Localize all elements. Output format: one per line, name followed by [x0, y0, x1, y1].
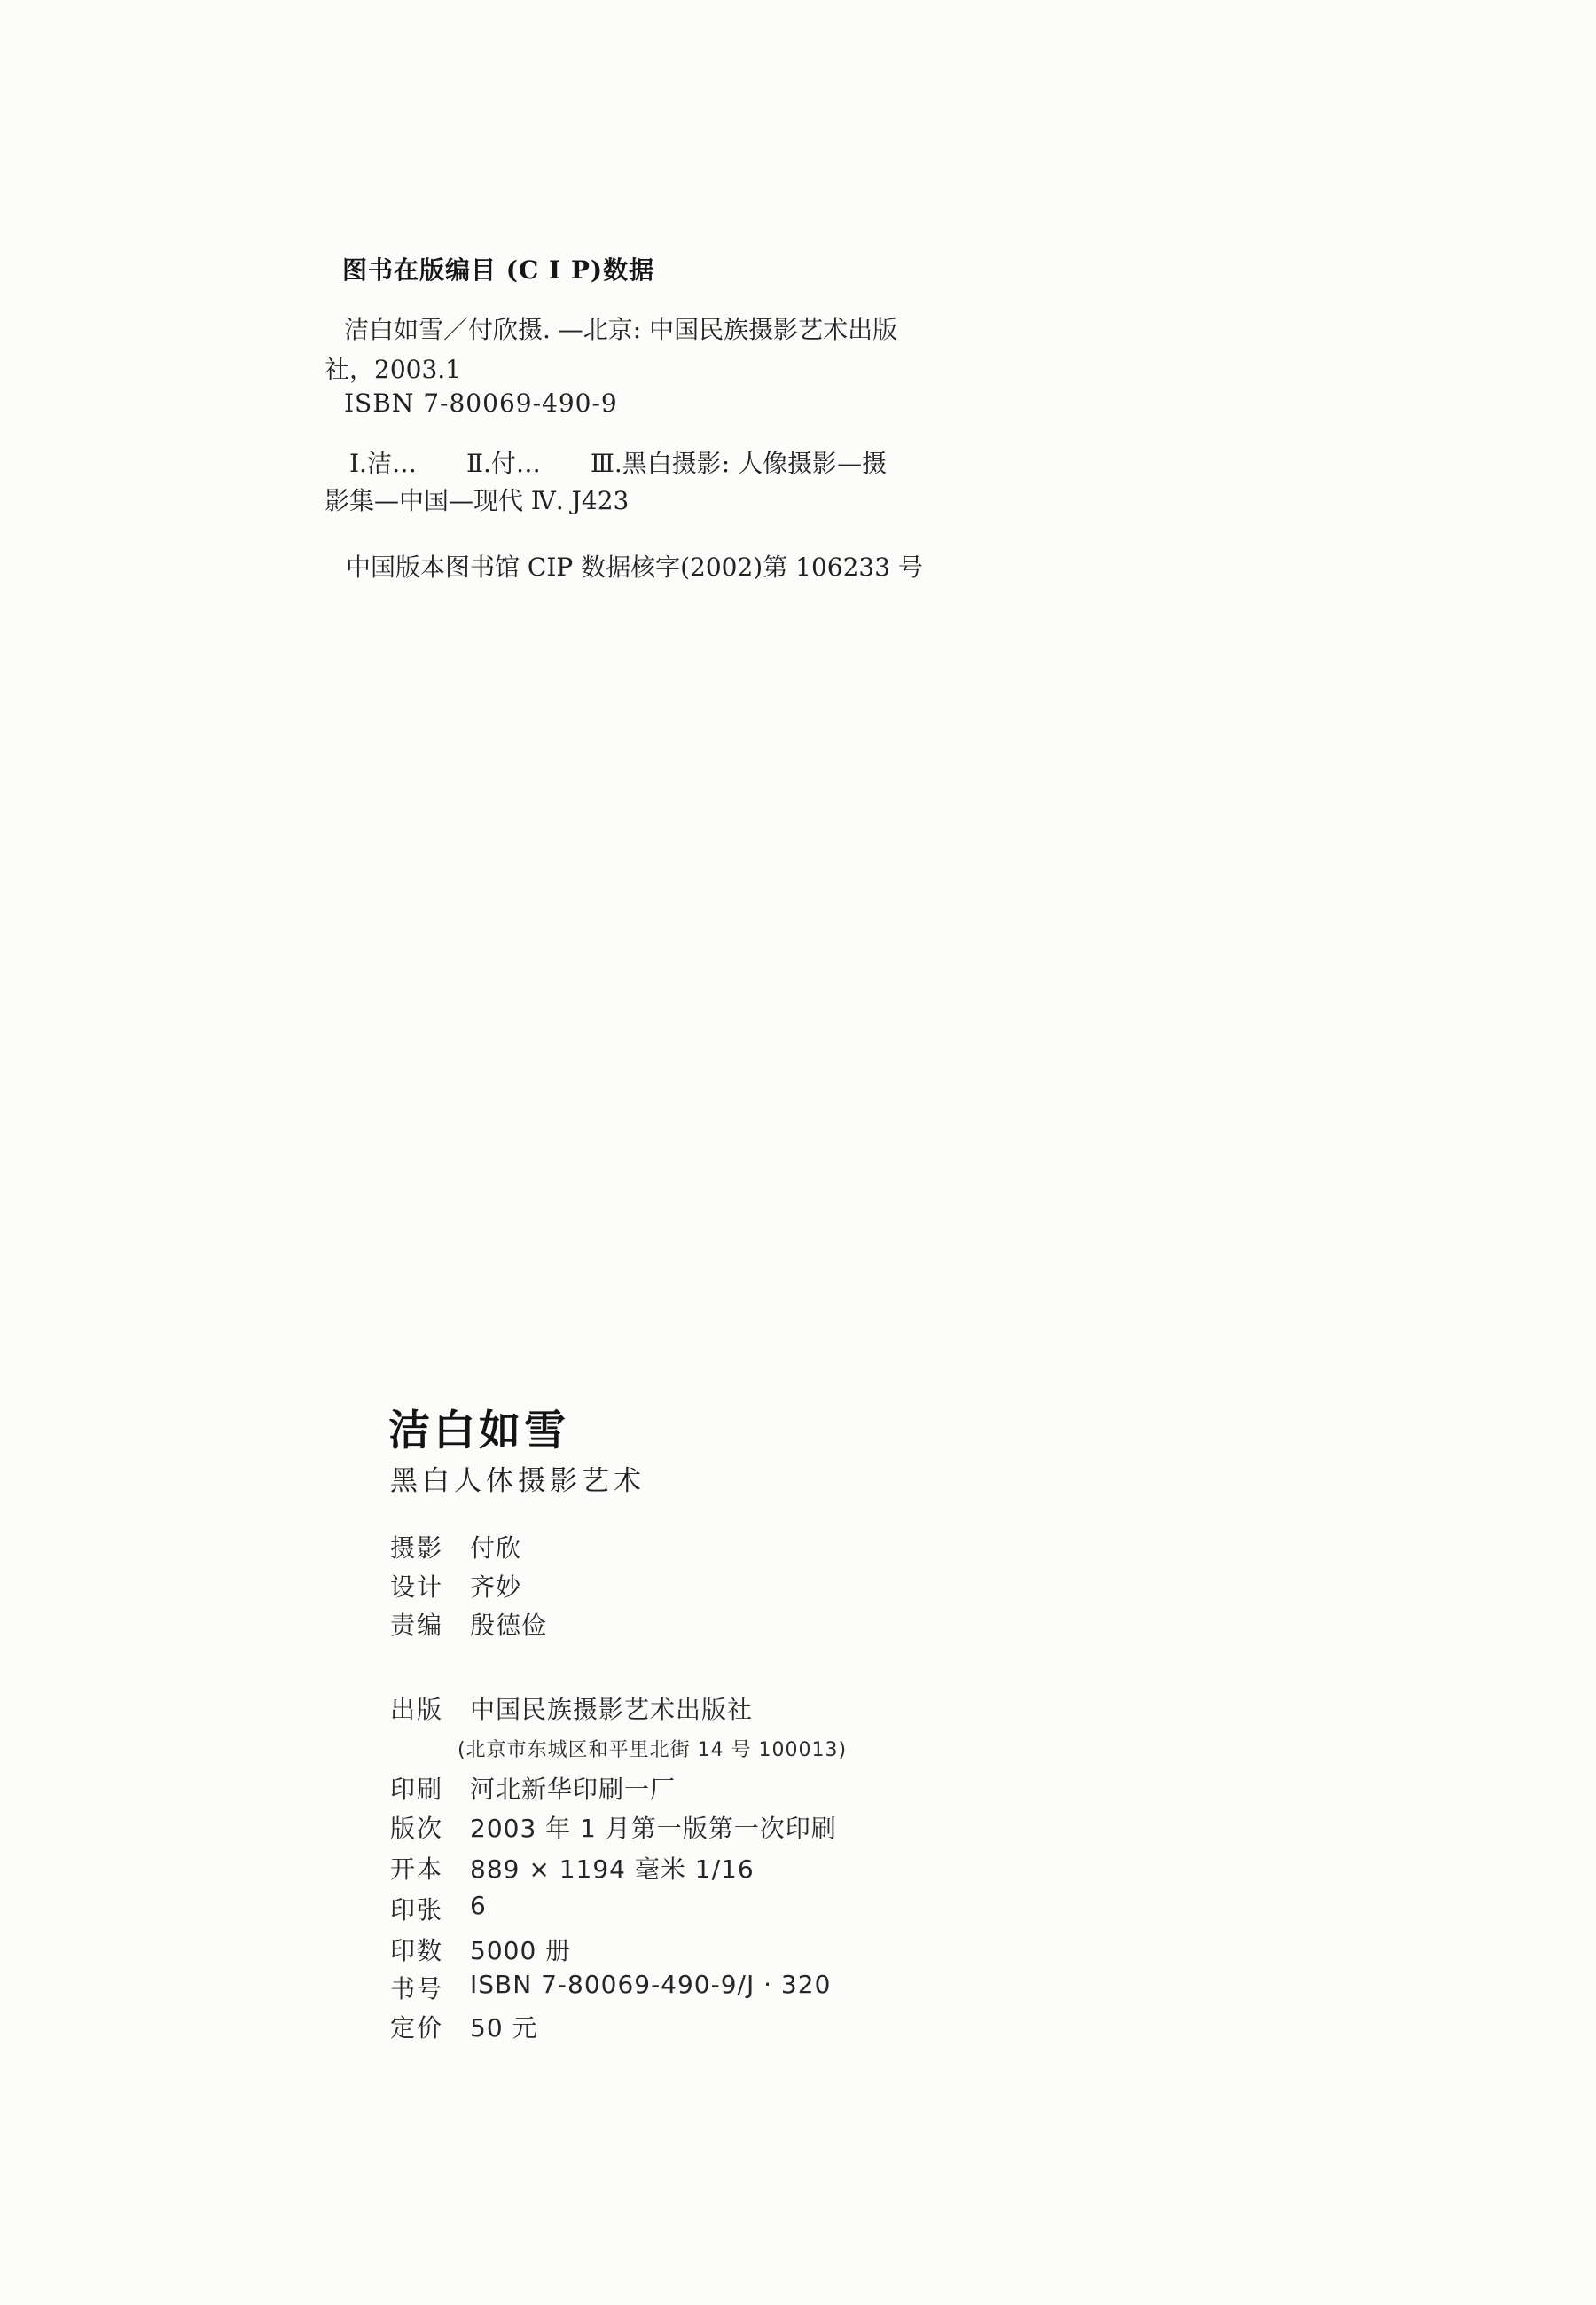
- publication-row-publisher: 出版 中国民族摄影艺术出版社: [390, 1690, 753, 1726]
- colophon-page: 图书在版编目 (C I P)数据 洁白如雪／付欣摄. —北京: 中国民族摄影艺术…: [0, 0, 1596, 2305]
- publication-row-edition: 版次 2003 年 1 月第一版第一次印刷: [390, 1809, 837, 1845]
- publication-label: 版次: [390, 1809, 470, 1845]
- cip-registry-number: 中国版本图书馆 CIP 数据核字(2002)第 106233 号: [346, 548, 923, 584]
- publication-value: 5000 册: [470, 1932, 571, 1967]
- publication-value: 河北新华印刷一厂: [470, 1770, 676, 1806]
- publication-label: 印张: [390, 1891, 470, 1926]
- publication-label: 印刷: [390, 1770, 470, 1806]
- publication-value: 889 × 1194 毫米 1/16: [470, 1850, 755, 1886]
- publisher-address-note: (北京市东城区和平里北街 14 号 100013): [458, 1735, 847, 1762]
- publication-row-format: 开本 889 × 1194 毫米 1/16: [390, 1850, 755, 1886]
- book-title: 洁白如雪: [388, 1398, 569, 1457]
- publication-value: 中国民族摄影艺术出版社: [470, 1690, 753, 1726]
- publication-label: 开本: [390, 1850, 470, 1886]
- credit-value: 殷德俭: [470, 1606, 547, 1642]
- credit-row-designer: 设计 齐妙: [390, 1568, 521, 1603]
- publication-label: 印数: [390, 1932, 470, 1967]
- publication-value: 2003 年 1 月第一版第一次印刷: [470, 1809, 837, 1845]
- credit-row-editor: 责编 殷德俭: [390, 1606, 547, 1642]
- cip-entry-line1: 洁白如雪／付欣摄. —北京: 中国民族摄影艺术出版: [344, 310, 897, 346]
- cip-classification-line1: Ⅰ.洁… Ⅱ.付… Ⅲ.黑白摄影: 人像摄影—摄: [349, 444, 887, 480]
- publication-label: 定价: [390, 2009, 470, 2044]
- publication-row-printer: 印刷 河北新华印刷一厂: [390, 1770, 676, 1806]
- credit-value: 付欣: [470, 1529, 521, 1564]
- cip-heading: 图书在版编目 (C I P)数据: [342, 251, 654, 286]
- credit-value: 齐妙: [470, 1568, 521, 1603]
- publication-value: 50 元: [470, 2009, 538, 2044]
- credit-label: 摄影: [390, 1529, 470, 1564]
- cip-entry-line2: 社，2003.1: [325, 350, 461, 386]
- cip-classification-line2: 影集—中国—现代 Ⅳ. J423: [325, 482, 629, 517]
- book-subtitle: 黑白人体摄影艺术: [390, 1458, 645, 1498]
- credit-label: 责编: [390, 1606, 470, 1642]
- publication-row-print-run: 印数 5000 册: [390, 1932, 571, 1967]
- cip-isbn: ISBN 7-80069-490-9: [344, 388, 618, 418]
- publication-row-price: 定价 50 元: [390, 2009, 538, 2044]
- publication-value: ISBN 7-80069-490-9/J · 320: [470, 1970, 831, 2005]
- publication-label: 出版: [390, 1690, 470, 1726]
- publication-label: 书号: [390, 1970, 470, 2005]
- credit-label: 设计: [390, 1568, 470, 1603]
- publication-value: 6: [470, 1891, 487, 1926]
- publication-row-sheets: 印张 6: [390, 1891, 487, 1926]
- credit-row-photographer: 摄影 付欣: [390, 1529, 521, 1564]
- publication-row-book-number: 书号 ISBN 7-80069-490-9/J · 320: [390, 1970, 831, 2005]
